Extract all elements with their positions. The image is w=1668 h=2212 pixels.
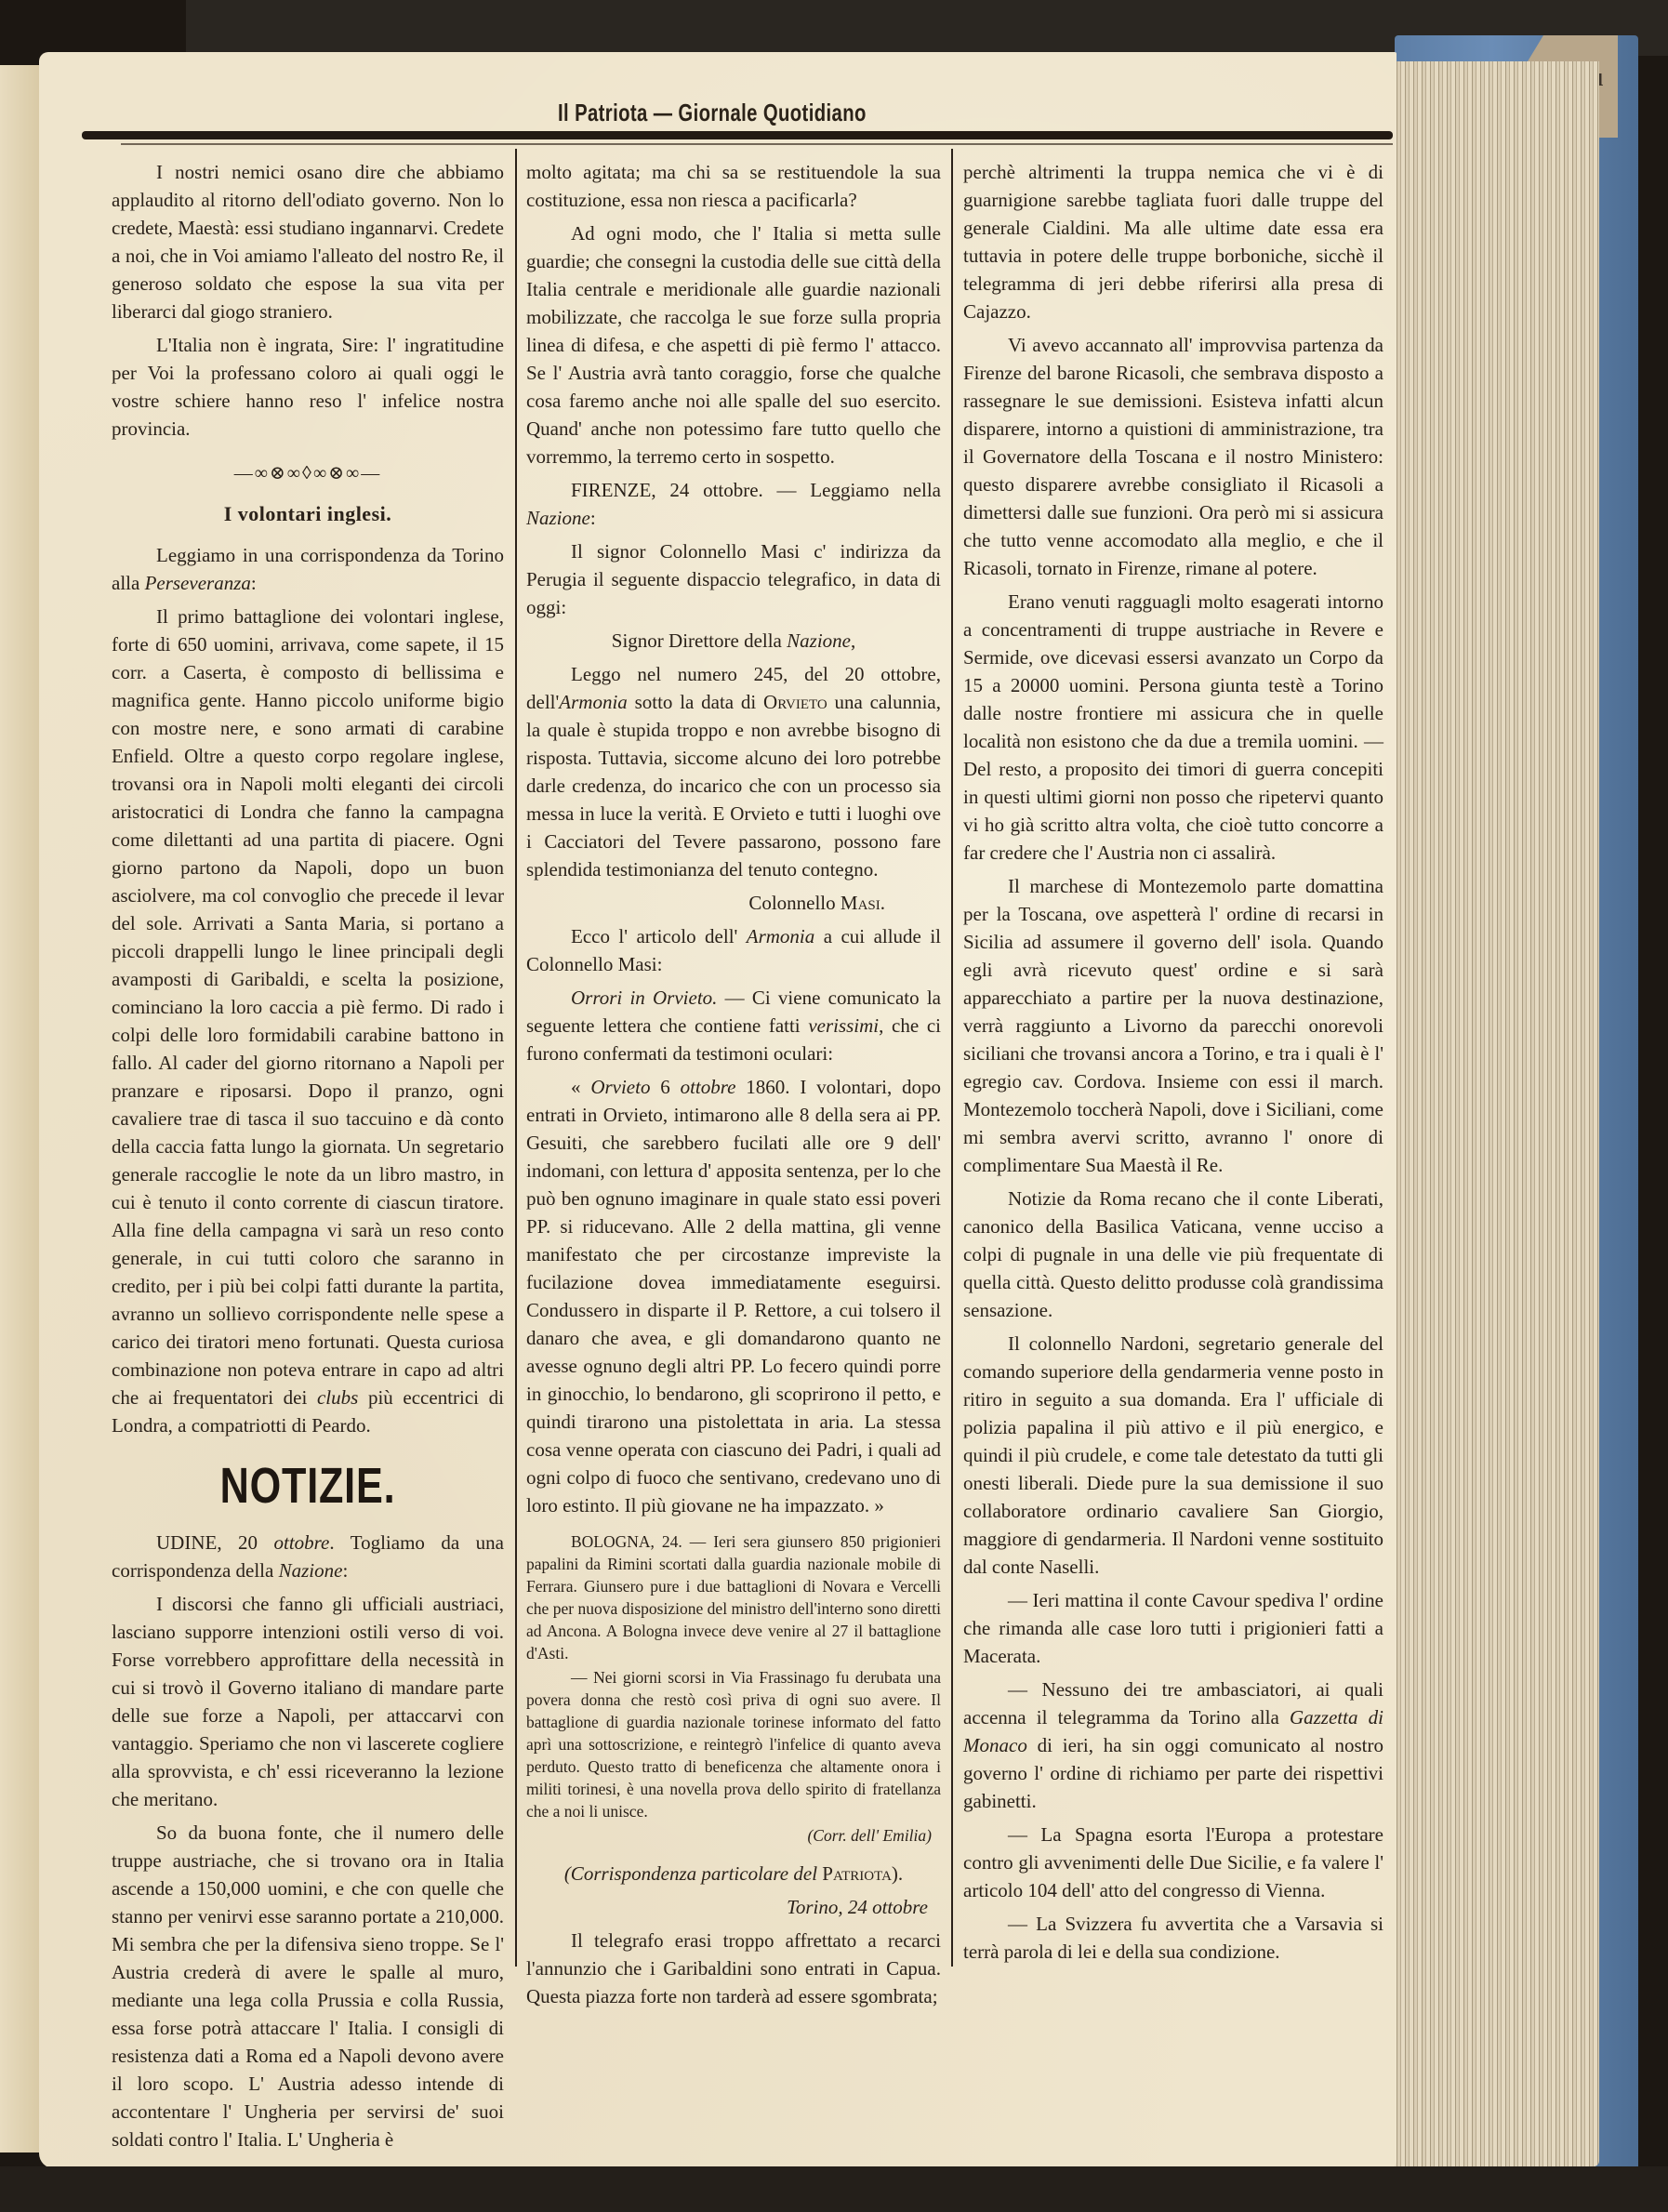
source-attribution: (Corr. dell' Emilia) — [526, 1824, 941, 1847]
publication-name: Nazione — [787, 629, 851, 652]
signature-name: Masi — [841, 892, 880, 914]
paragraph: L'Italia non è ingrata, Sire: l' ingrati… — [112, 331, 504, 443]
text: UDINE, 20 — [156, 1531, 274, 1554]
column-2: molto agitata; ma chi sa se restituendol… — [526, 158, 941, 2016]
paragraph: I discorsi che fanno gli ufficiali austr… — [112, 1590, 504, 1813]
italic-word: verissimi — [808, 1014, 879, 1037]
paragraph: Leggo nel numero 245, del 20 ottobre, de… — [526, 660, 941, 883]
paragraph: perchè altrimenti la truppa nemica che v… — [963, 158, 1383, 325]
column-divider — [515, 149, 517, 1967]
text: 1860. I volontari, dopo entrati in Orvie… — [526, 1076, 941, 1517]
italic-word: (Corrispondenza particolare del — [564, 1862, 822, 1885]
publication-name: Nazione — [526, 507, 590, 529]
paragraph: FIRENZE, 24 ottobre. — Leggiamo nella Na… — [526, 476, 941, 532]
previous-page-edge — [0, 65, 41, 2152]
column-divider — [951, 149, 953, 1967]
paragraph: So da buona fonte, che il numero delle t… — [112, 1819, 504, 2153]
ornament-divider: —∞⊗∞◊∞⊗∞— — [112, 459, 504, 487]
text: Signor Direttore della — [612, 629, 787, 652]
italic-word: clubs — [317, 1386, 358, 1409]
publication-name: Armonia — [559, 691, 628, 713]
text: Il primo battaglione dei volontari ingle… — [112, 605, 504, 1409]
paragraph: Leggiamo in una corrispondenza da Torino… — [112, 541, 504, 597]
text: Colonnello — [748, 892, 841, 914]
italic-word: (Corr. dell' Emilia) — [807, 1826, 932, 1845]
paragraph: — Nessuno dei tre ambasciatori, ai quali… — [963, 1676, 1383, 1815]
article-title: Orrori in Orvieto. — [571, 987, 717, 1009]
paragraph: I nostri nemici osano dire che abbiamo a… — [112, 158, 504, 325]
small-print-block: BOLOGNA, 24. — Ieri sera giunsero 850 pr… — [526, 1530, 941, 1847]
background-dark-bottom — [0, 2166, 1668, 2212]
paragraph: — La Svizzera fu avvertita che a Varsavi… — [963, 1910, 1383, 1966]
text: sotto la data di — [628, 691, 763, 713]
paragraph: Vi avevo accannato all' improvvisa parte… — [963, 331, 1383, 582]
running-title: Il Patriota — Giornale Quotidiano — [558, 99, 833, 127]
text: FIRENZE, 24 ottobre. — Leggiamo nella — [571, 479, 941, 501]
text: 6 — [650, 1076, 680, 1098]
text: una calunnia, la quale è stupida troppo … — [526, 691, 941, 881]
paragraph: UDINE, 20 ottobre. Togliamo da una corri… — [112, 1529, 504, 1584]
column-1: I nostri nemici osano dire che abbiamo a… — [112, 158, 504, 2159]
paragraph: BOLOGNA, 24. — Ieri sera giunsero 850 pr… — [526, 1530, 941, 1664]
italic-word: Torino, 24 ottobre — [787, 1896, 928, 1918]
paragraph: « Orvieto 6 ottobre 1860. I volontari, d… — [526, 1073, 941, 1519]
text: Ecco l' articolo dell' — [571, 925, 747, 947]
paragraph: Ad ogni modo, che l' Italia si metta sul… — [526, 219, 941, 470]
text: ). — [892, 1862, 903, 1885]
paragraph: molto agitata; ma chi sa se restituendol… — [526, 158, 941, 214]
publication-name: Armonia — [747, 925, 815, 947]
paragraph: Il marchese di Montezemolo parte domatti… — [963, 872, 1383, 1179]
paragraph: Ecco l' articolo dell' Armonia a cui all… — [526, 922, 941, 978]
section-title: I volontari inglesi. — [112, 500, 504, 528]
section-heading-notizie: NOTIZIE. — [151, 1458, 465, 1514]
header-rule — [82, 131, 1393, 139]
dateline: Torino, 24 ottobre — [526, 1893, 941, 1921]
letter-signature: Colonnello Masi. — [526, 889, 941, 917]
letter-salutation: Signor Direttore della Nazione, — [526, 627, 941, 655]
paragraph: — Ieri mattina il conte Cavour spediva l… — [963, 1586, 1383, 1670]
place-name: Orvieto — [763, 691, 827, 713]
newspaper-name: Patriota — [822, 1862, 892, 1885]
text: : — [251, 572, 257, 594]
paragraph: Il telegrafo erasi troppo affrettato a r… — [526, 1927, 941, 2010]
page-stack-edges — [1389, 61, 1599, 2166]
paragraph: Il signor Colonnello Masi c' indirizza d… — [526, 537, 941, 621]
text: « — [571, 1076, 590, 1098]
column-3: perchè altrimenti la truppa nemica che v… — [963, 158, 1383, 1971]
text: , — [851, 629, 855, 652]
paragraph: — La Spagna esorta l'Europa a protestare… — [963, 1821, 1383, 1904]
paragraph: — Nei giorni scorsi in Via Frassinago fu… — [526, 1666, 941, 1822]
correspondence-heading: (Corrispondenza particolare del Patriota… — [526, 1860, 941, 1887]
paragraph: Notizie da Roma recano che il conte Libe… — [963, 1185, 1383, 1324]
publication-name: Nazione — [279, 1559, 343, 1582]
paragraph: Erano venuti ragguagli molto esagerati i… — [963, 588, 1383, 867]
text: : — [342, 1559, 348, 1582]
publication-name: Perseveranza — [145, 572, 251, 594]
paragraph: Orrori in Orvieto. — Ci viene comunicato… — [526, 984, 941, 1067]
text: . — [880, 892, 885, 914]
header-rule-thin — [121, 143, 1393, 145]
italic-word: Orvieto — [590, 1076, 650, 1098]
text: : — [590, 507, 596, 529]
italic-word: ottobre — [274, 1531, 330, 1554]
paragraph: Il colonnello Nardoni, segretario genera… — [963, 1330, 1383, 1581]
italic-word: ottobre — [681, 1076, 736, 1098]
paragraph: Il primo battaglione dei volontari ingle… — [112, 603, 504, 1439]
